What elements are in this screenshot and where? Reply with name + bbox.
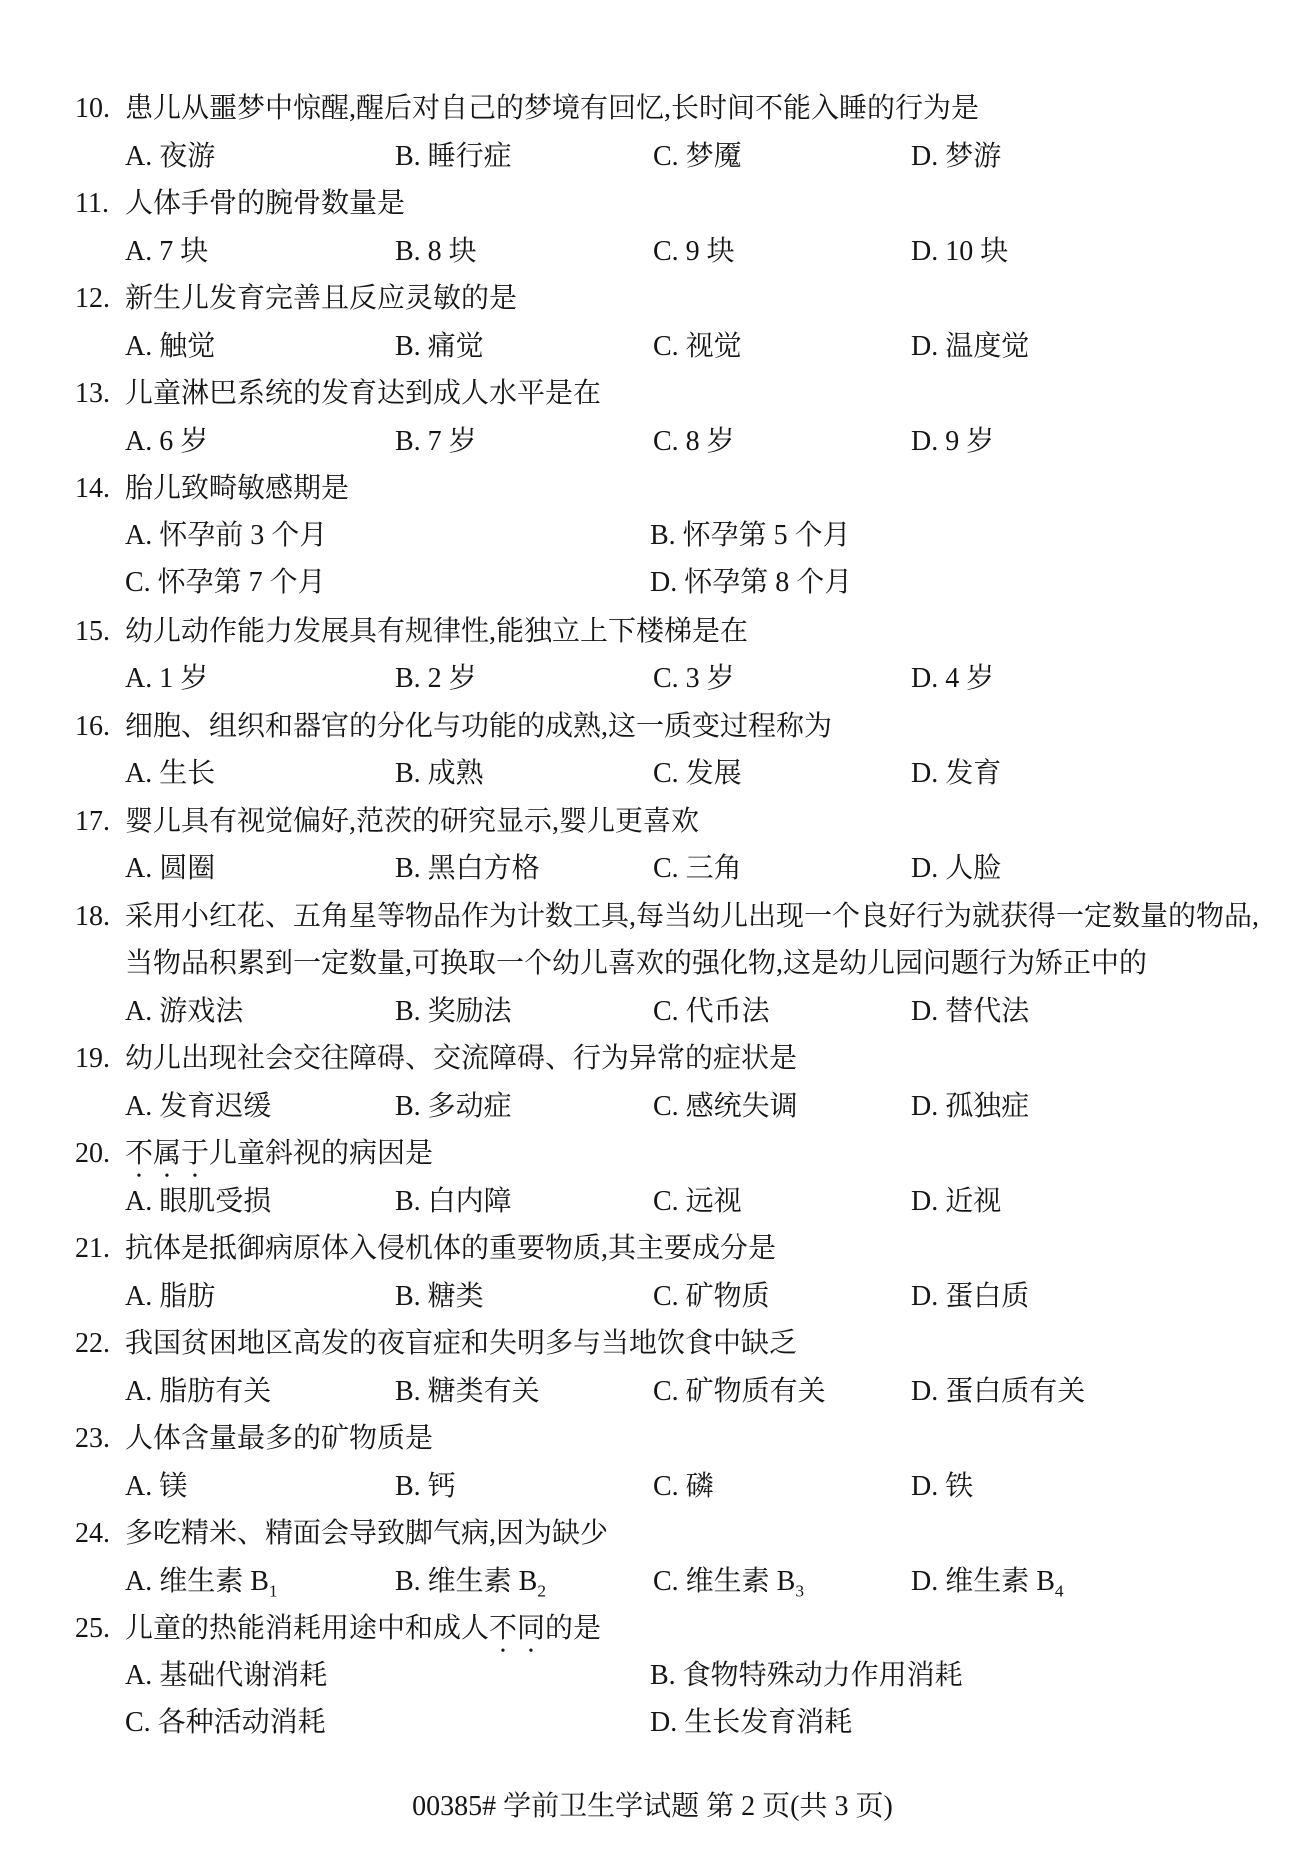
question-16-option-d: D. 发育 [911, 750, 1305, 798]
question-15-options: A. 1 岁 B. 2 岁 C. 3 岁 D. 4 岁 [0, 655, 1305, 703]
question-12-option-a: A. 触觉 [125, 323, 395, 371]
question-21-text: 抗体是抵御病原体入侵机体的重要物质,其主要成分是 [125, 1233, 776, 1264]
question-14-option-c: C. 怀孕第 7 个月 [125, 560, 650, 608]
question-16-option-c: C. 发展 [653, 750, 911, 798]
question-23-option-c: C. 磷 [653, 1463, 911, 1511]
question-18-option-d: D. 替代法 [911, 988, 1305, 1036]
question-24: 24.多吃精米、精面会导致脚气病,因为缺少 [0, 1510, 1305, 1558]
question-17-option-b: B. 黑白方格 [395, 845, 653, 893]
question-21-option-b: B. 糖类 [395, 1273, 653, 1321]
question-13-option-d: D. 9 岁 [911, 418, 1305, 466]
question-22-option-b: B. 糖类有关 [395, 1368, 653, 1416]
question-21-option-a: A. 脂肪 [125, 1273, 395, 1321]
question-24-option-b-subscript: 2 [537, 1581, 546, 1600]
question-11-option-d: D. 10 块 [911, 228, 1305, 276]
question-13-option-b: B. 7 岁 [395, 418, 653, 466]
question-19-number: 19. [75, 1035, 125, 1083]
question-25-option-d: D. 生长发育消耗 [650, 1700, 1305, 1748]
question-17-text: 婴儿具有视觉偏好,范茨的研究显示,婴儿更喜欢 [125, 806, 699, 837]
question-11-number: 11. [75, 180, 125, 228]
question-14-text: 胎儿致畸敏感期是 [125, 473, 349, 504]
question-10-options: A. 夜游 B. 睡行症 C. 梦魇 D. 梦游 [0, 133, 1305, 181]
question-25-text-pre: 儿童的热能消耗用途中和成人 [125, 1613, 489, 1644]
page-footer: 00385# 学前卫生学试题 第 2 页(共 3 页) [0, 1783, 1305, 1831]
question-23-text: 人体含量最多的矿物质是 [125, 1423, 433, 1454]
question-16-option-a: A. 生长 [125, 750, 395, 798]
question-16-option-b: B. 成熟 [395, 750, 653, 798]
question-24-option-c-subscript: 3 [795, 1581, 804, 1600]
question-16-options: A. 生长 B. 成熟 C. 发展 D. 发育 [0, 750, 1305, 798]
question-13-options: A. 6 岁 B. 7 岁 C. 8 岁 D. 9 岁 [0, 418, 1305, 466]
question-18-number: 18. [75, 893, 125, 941]
question-10-option-a: A. 夜游 [125, 133, 395, 181]
question-20-options: A. 眼肌受损 B. 白内障 C. 远视 D. 近视 [0, 1178, 1305, 1226]
question-14-options: A. 怀孕前 3 个月 B. 怀孕第 5 个月 C. 怀孕第 7 个月 D. 怀… [0, 513, 1305, 608]
question-17-option-d: D. 人脸 [911, 845, 1305, 893]
question-11-option-b: B. 8 块 [395, 228, 653, 276]
question-18-options: A. 游戏法 B. 奖励法 C. 代币法 D. 替代法 [0, 988, 1305, 1036]
question-19-option-a: A. 发育迟缓 [125, 1083, 395, 1131]
question-12-option-c: C. 视觉 [653, 323, 911, 371]
question-19-text: 幼儿出现社会交往障碍、交流障碍、行为异常的症状是 [125, 1043, 797, 1074]
question-13-option-a: A. 6 岁 [125, 418, 395, 466]
question-24-text: 多吃精米、精面会导致脚气病,因为缺少 [125, 1518, 608, 1549]
question-13-option-c: C. 8 岁 [653, 418, 911, 466]
question-20: 20.不属于儿童斜视的病因是 [0, 1130, 1305, 1178]
question-19-options: A. 发育迟缓 B. 多动症 C. 感统失调 D. 孤独症 [0, 1083, 1305, 1131]
question-17: 17.婴儿具有视觉偏好,范茨的研究显示,婴儿更喜欢 [0, 798, 1305, 846]
question-20-option-c: C. 远视 [653, 1178, 911, 1226]
question-10: 10.患儿从噩梦中惊醒,醒后对自己的梦境有回忆,长时间不能入睡的行为是 [0, 85, 1305, 133]
question-22-number: 22. [75, 1320, 125, 1368]
question-12-option-b: B. 痛觉 [395, 323, 653, 371]
question-19-option-c: C. 感统失调 [653, 1083, 911, 1131]
question-10-text: 患儿从噩梦中惊醒,醒后对自己的梦境有回忆,长时间不能入睡的行为是 [125, 93, 979, 124]
question-10-number: 10. [75, 85, 125, 133]
question-24-option-b: B. 维生素 B2 [395, 1558, 653, 1606]
question-18-option-a: A. 游戏法 [125, 988, 395, 1036]
question-14-option-b: B. 怀孕第 5 个月 [650, 513, 1305, 561]
question-20-option-b: B. 白内障 [395, 1178, 653, 1226]
question-16-text: 细胞、组织和器官的分化与功能的成熟,这一质变过程称为 [125, 711, 832, 742]
question-25-number: 25. [75, 1605, 125, 1653]
question-22: 22.我国贫困地区高发的夜盲症和失明多与当地饮食中缺乏 [0, 1320, 1305, 1368]
question-25-options: A. 基础代谢消耗 B. 食物特殊动力作用消耗 C. 各种活动消耗 D. 生长发… [0, 1653, 1305, 1748]
question-25-option-b: B. 食物特殊动力作用消耗 [650, 1653, 1305, 1701]
question-24-option-a: A. 维生素 B1 [125, 1558, 395, 1606]
question-24-option-d: D. 维生素 B4 [911, 1558, 1305, 1606]
question-23-option-d: D. 铁 [911, 1463, 1305, 1511]
question-13: 13.儿童淋巴系统的发育达到成人水平是在 [0, 370, 1305, 418]
question-12-number: 12. [75, 275, 125, 323]
question-24-option-a-base: A. 维生素 B [125, 1566, 269, 1597]
question-11-option-a: A. 7 块 [125, 228, 395, 276]
question-18-option-c: C. 代币法 [653, 988, 911, 1036]
question-25: 25.儿童的热能消耗用途中和成人不同的是 [0, 1605, 1305, 1653]
exam-page: 10.患儿从噩梦中惊醒,醒后对自己的梦境有回忆,长时间不能入睡的行为是 A. 夜… [0, 0, 1305, 1830]
question-21-option-c: C. 矿物质 [653, 1273, 911, 1321]
question-16-number: 16. [75, 703, 125, 751]
question-23-number: 23. [75, 1415, 125, 1463]
question-19-option-d: D. 孤独症 [911, 1083, 1305, 1131]
question-25-text-emphasized: 不同 [489, 1613, 545, 1644]
question-21-number: 21. [75, 1225, 125, 1273]
question-14: 14.胎儿致畸敏感期是 [0, 465, 1305, 513]
question-12-option-d: D. 温度觉 [911, 323, 1305, 371]
question-18-option-b: B. 奖励法 [395, 988, 653, 1036]
question-13-number: 13. [75, 370, 125, 418]
question-24-option-a-subscript: 1 [269, 1581, 278, 1600]
question-20-option-d: D. 近视 [911, 1178, 1305, 1226]
question-22-text: 我国贫困地区高发的夜盲症和失明多与当地饮食中缺乏 [125, 1328, 797, 1359]
question-21-option-d: D. 蛋白质 [911, 1273, 1305, 1321]
question-20-option-a: A. 眼肌受损 [125, 1178, 395, 1226]
question-13-text: 儿童淋巴系统的发育达到成人水平是在 [125, 378, 601, 409]
question-10-option-c: C. 梦魇 [653, 133, 911, 181]
question-17-number: 17. [75, 798, 125, 846]
question-15-text: 幼儿动作能力发展具有规律性,能独立上下楼梯是在 [125, 616, 748, 647]
question-20-number: 20. [75, 1130, 125, 1178]
question-24-option-c: C. 维生素 B3 [653, 1558, 911, 1606]
question-10-option-b: B. 睡行症 [395, 133, 653, 181]
question-14-option-d: D. 怀孕第 8 个月 [650, 560, 1305, 608]
question-18-text-line2: 当物品积累到一定数量,可换取一个幼儿喜欢的强化物,这是幼儿园问题行为矫正中的 [0, 940, 1305, 988]
question-19: 19.幼儿出现社会交往障碍、交流障碍、行为异常的症状是 [0, 1035, 1305, 1083]
question-17-options: A. 圆圈 B. 黑白方格 C. 三角 D. 人脸 [0, 845, 1305, 893]
question-15-option-a: A. 1 岁 [125, 655, 395, 703]
question-10-option-d: D. 梦游 [911, 133, 1305, 181]
question-11-text: 人体手骨的腕骨数量是 [125, 188, 405, 219]
question-11-option-c: C. 9 块 [653, 228, 911, 276]
question-12: 12.新生儿发育完善且反应灵敏的是 [0, 275, 1305, 323]
question-22-option-c: C. 矿物质有关 [653, 1368, 911, 1416]
question-15-option-c: C. 3 岁 [653, 655, 911, 703]
question-17-option-a: A. 圆圈 [125, 845, 395, 893]
question-18: 18.采用小红花、五角星等物品作为计数工具,每当幼儿出现一个良好行为就获得一定数… [0, 893, 1305, 941]
question-24-option-b-base: B. 维生素 B [395, 1566, 537, 1597]
question-23-option-b: B. 钙 [395, 1463, 653, 1511]
question-12-options: A. 触觉 B. 痛觉 C. 视觉 D. 温度觉 [0, 323, 1305, 371]
question-24-number: 24. [75, 1510, 125, 1558]
question-11: 11.人体手骨的腕骨数量是 [0, 180, 1305, 228]
question-20-text: 儿童斜视的病因是 [209, 1138, 433, 1169]
question-24-option-d-subscript: 4 [1055, 1581, 1064, 1600]
question-16: 16.细胞、组织和器官的分化与功能的成熟,这一质变过程称为 [0, 703, 1305, 751]
question-14-number: 14. [75, 465, 125, 513]
question-22-options: A. 脂肪有关 B. 糖类有关 C. 矿物质有关 D. 蛋白质有关 [0, 1368, 1305, 1416]
question-15-number: 15. [75, 608, 125, 656]
question-22-option-a: A. 脂肪有关 [125, 1368, 395, 1416]
question-24-option-d-base: D. 维生素 B [911, 1566, 1055, 1597]
question-25-option-a: A. 基础代谢消耗 [125, 1653, 650, 1701]
question-17-option-c: C. 三角 [653, 845, 911, 893]
question-21-options: A. 脂肪 B. 糖类 C. 矿物质 D. 蛋白质 [0, 1273, 1305, 1321]
question-20-text-emphasized: 不属于 [125, 1138, 209, 1169]
question-15-option-b: B. 2 岁 [395, 655, 653, 703]
question-25-option-c: C. 各种活动消耗 [125, 1700, 650, 1748]
question-15-option-d: D. 4 岁 [911, 655, 1305, 703]
question-24-option-c-base: C. 维生素 B [653, 1566, 795, 1597]
question-22-option-d: D. 蛋白质有关 [911, 1368, 1305, 1416]
question-14-option-a: A. 怀孕前 3 个月 [125, 513, 650, 561]
question-12-text: 新生儿发育完善且反应灵敏的是 [125, 283, 517, 314]
question-23: 23.人体含量最多的矿物质是 [0, 1415, 1305, 1463]
question-24-options: A. 维生素 B1 B. 维生素 B2 C. 维生素 B3 D. 维生素 B4 [0, 1558, 1305, 1606]
question-11-options: A. 7 块 B. 8 块 C. 9 块 D. 10 块 [0, 228, 1305, 276]
question-23-options: A. 镁 B. 钙 C. 磷 D. 铁 [0, 1463, 1305, 1511]
question-21: 21.抗体是抵御病原体入侵机体的重要物质,其主要成分是 [0, 1225, 1305, 1273]
question-23-option-a: A. 镁 [125, 1463, 395, 1511]
question-15: 15.幼儿动作能力发展具有规律性,能独立上下楼梯是在 [0, 608, 1305, 656]
question-19-option-b: B. 多动症 [395, 1083, 653, 1131]
question-18-text-line1: 采用小红花、五角星等物品作为计数工具,每当幼儿出现一个良好行为就获得一定数量的物… [125, 901, 1259, 932]
question-25-text-post: 的是 [545, 1613, 601, 1644]
